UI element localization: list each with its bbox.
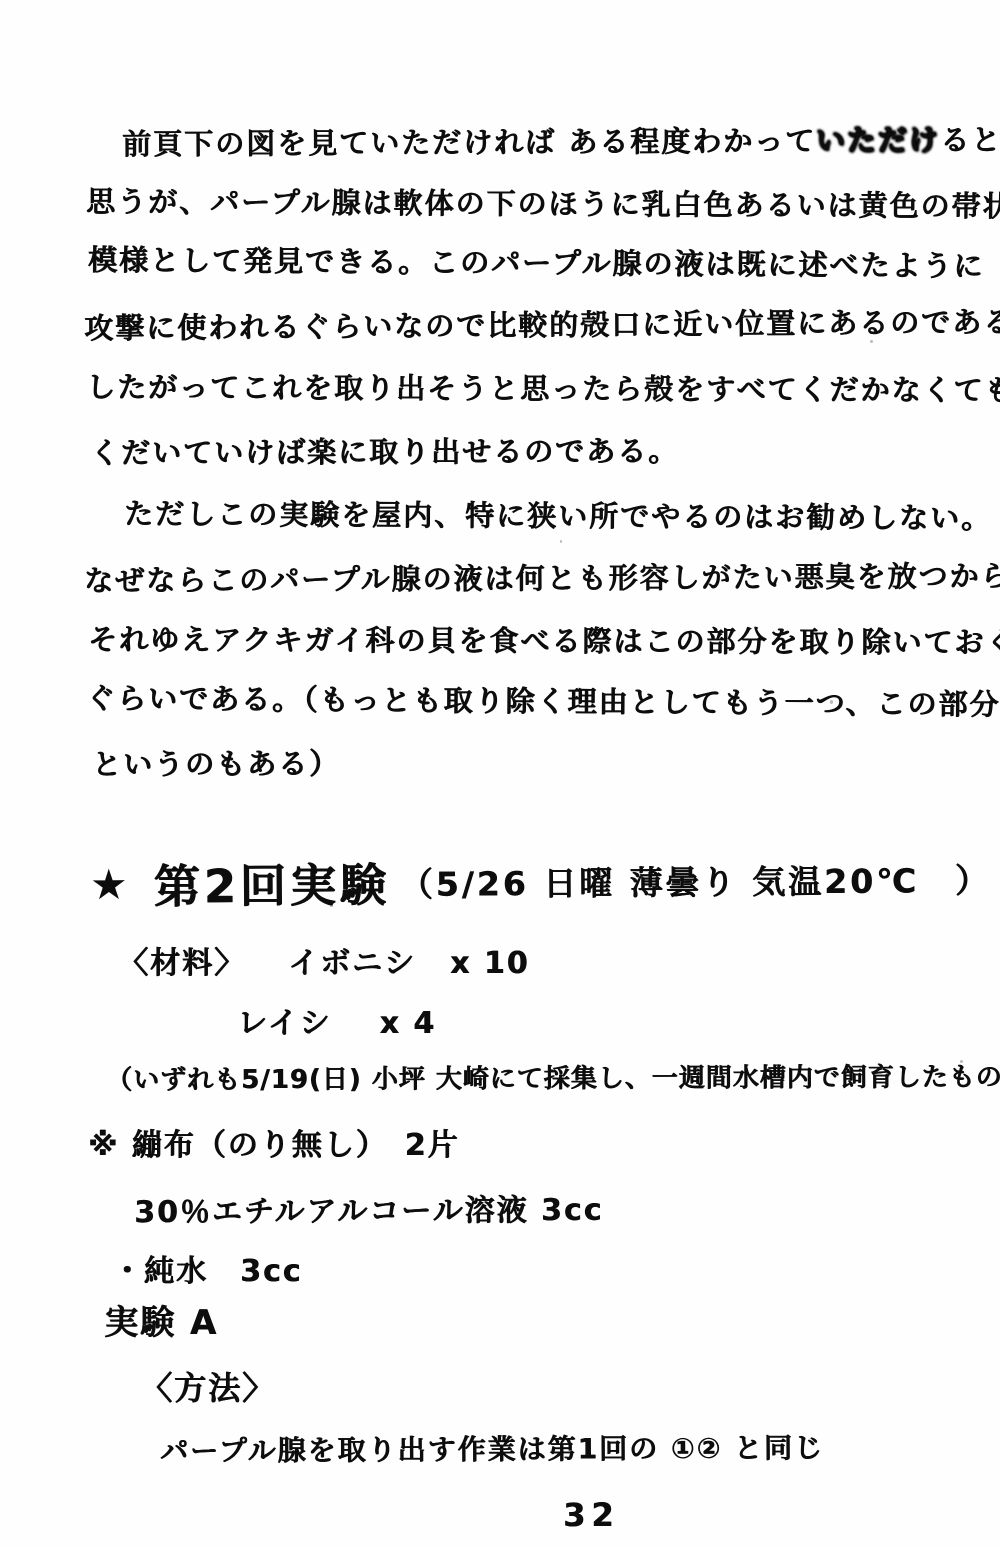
paragraph2-line1: ただしこの実験を屋内、特に狭い所でやるのはお勧めしない。 (124, 492, 992, 538)
materials-note: （いずれも5/19(日) 小坪 大崎にて採集し、一週間水槽内で飼育したもの） (106, 1056, 1000, 1096)
supply-purewater: ・純水 3cc (112, 1246, 302, 1290)
paragraph1-line4: 攻撃に使われるぐらいなので比較的殻口に近い位置にあるのである。 (84, 300, 1000, 348)
materials-row2: レイシx 4 (237, 998, 436, 1042)
scanned-notebook-page: 前頁下の図を見ていただければ ある程度わかっていただけると 思うが、パープル腺は… (0, 0, 1000, 1549)
scan-speck (330, 905, 333, 907)
supply-cloth: ※ 繃布（のり無し） 2片 (88, 1120, 459, 1164)
material-name: レイシ (237, 1006, 332, 1041)
scan-speck (960, 1060, 963, 1063)
experiment-label: 実験 A (104, 1295, 218, 1344)
paragraph2-line3: それゆえアクキガイ科の貝を食べる際はこの部分を取り除いておく (88, 617, 1000, 661)
paragraph1-line3: 模様として発見できる。このパープル腺の液は既に述べたように (88, 238, 985, 285)
paragraph2-line5: というのもある） (92, 742, 340, 784)
section-conditions: （5/26 日曜 薄曇り 気温20℃ ） (400, 854, 992, 905)
paragraph2-line2: なぜならこのパープル腺の液は何とも形容しがたい悪臭を放つからである。 (84, 553, 1000, 600)
scan-speck (830, 700, 833, 704)
page-number: 32 (563, 1496, 620, 1534)
section-title: 第2回実験 (153, 849, 389, 917)
materials-label: 〈材料〉 (118, 946, 246, 981)
material-qty: x 10 (450, 946, 530, 981)
line-text: 前頁下の図を見ていただければ ある程度わかって (122, 124, 816, 162)
material-qty: x 4 (380, 1006, 437, 1041)
paragraph1-line2: 思うが、パープル腺は軟体の下のほうに乳白色あるいは黄色の帯状の (86, 179, 1000, 225)
section-heading: ★ 第2回実験 （5/26 日曜 薄曇り 気温20℃ ） (90, 845, 991, 917)
method-step: パープル腺を取り出す作業は第1回の ①② と同じ (160, 1426, 824, 1469)
overinked-text: いただけ (816, 123, 940, 158)
scan-speck (870, 340, 873, 343)
star-icon: ★ (90, 859, 128, 908)
paragraph2-line4: ぐらいである。（もっとも取り除く理由としてもう一つ、この部分は苦味が強い (86, 676, 1000, 725)
scan-speck (560, 540, 562, 543)
line-text: ると (940, 123, 1000, 157)
paragraph1-line1: 前頁下の図を見ていただければ ある程度わかっていただけると (122, 118, 1000, 164)
method-label: 〈方法〉 (140, 1363, 276, 1409)
material-name: イボニシ (288, 946, 416, 981)
paragraph1-line5: したがってこれを取り出そうと思ったら殻をすべてくだかなくても、下の方から (86, 365, 1000, 410)
supply-alcohol: 30％エチルアルコール溶液 3cc (134, 1185, 604, 1231)
materials-row1: 〈材料〉イボニシx 10 (118, 938, 530, 982)
paragraph1-line6: くだいていけば楽に取り出せるのである。 (90, 429, 679, 472)
